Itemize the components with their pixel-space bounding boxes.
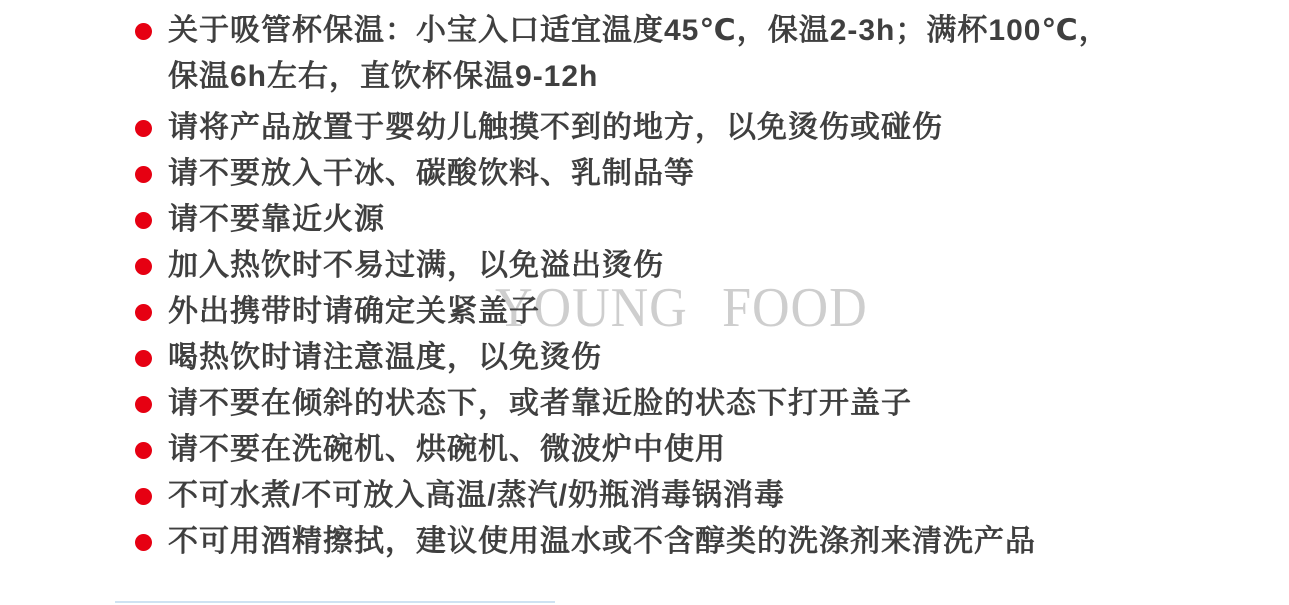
bullet-icon [135, 23, 152, 40]
bullet-icon [135, 304, 152, 321]
note-text: 请不要在倾斜的状态下，或者靠近脸的状态下打开盖子 [168, 387, 912, 420]
bullet-icon [135, 350, 152, 367]
note-item: 请不要放入干冰、碳酸饮料、乳制品等 [135, 151, 1245, 197]
note-text: 请将产品放置于婴幼儿触摸不到的地方，以免烫伤或碰伤 [168, 111, 943, 144]
note-text: 请不要放入干冰、碳酸饮料、乳制品等 [168, 157, 695, 190]
note-item: 请将产品放置于婴幼儿触摸不到的地方，以免烫伤或碰伤 [135, 105, 1245, 151]
note-text: 外出携带时请确定关紧盖子 [168, 295, 540, 328]
note-text: 请不要靠近火源 [168, 203, 385, 236]
note-text: 请不要在洗碗机、烘碗机、微波炉中使用 [168, 433, 726, 466]
note-item: 外出携带时请确定关紧盖子 [135, 289, 1245, 335]
bullet-icon [135, 442, 152, 459]
bullet-icon [135, 258, 152, 275]
note-text: 加入热饮时不易过满，以免溢出烫伤 [168, 249, 664, 282]
notes-list: 关于吸管杯保温：小宝入口适宜温度45℃，保温2-3h；满杯100℃， 保温6h左… [135, 8, 1245, 565]
bullet-icon [135, 120, 152, 137]
note-item: 加入热饮时不易过满，以免溢出烫伤 [135, 243, 1245, 289]
note-text: 关于吸管杯保温：小宝入口适宜温度45℃，保温2-3h；满杯100℃， 保温6h左… [168, 14, 1110, 93]
bullet-icon [135, 488, 152, 505]
note-item: 喝热饮时请注意温度，以免烫伤 [135, 335, 1245, 381]
bullet-icon [135, 212, 152, 229]
note-item: 不可用酒精擦拭，建议使用温水或不含醇类的洗涤剂来清洗产品 [135, 519, 1245, 565]
bottom-divider [115, 601, 555, 603]
bullet-icon [135, 396, 152, 413]
bullet-icon [135, 166, 152, 183]
note-text: 不可用酒精擦拭，建议使用温水或不含醇类的洗涤剂来清洗产品 [168, 525, 1036, 558]
note-text: 不可水煮/不可放入高温/蒸汽/奶瓶消毒锅消毒 [168, 479, 785, 512]
note-item: 请不要靠近火源 [135, 197, 1245, 243]
note-item: 关于吸管杯保温：小宝入口适宜温度45℃，保温2-3h；满杯100℃， 保温6h左… [135, 8, 1245, 100]
note-item: 请不要在洗碗机、烘碗机、微波炉中使用 [135, 427, 1245, 473]
note-text: 喝热饮时请注意温度，以免烫伤 [168, 341, 602, 374]
bullet-icon [135, 534, 152, 551]
note-item: 不可水煮/不可放入高温/蒸汽/奶瓶消毒锅消毒 [135, 473, 1245, 519]
note-item: 请不要在倾斜的状态下，或者靠近脸的状态下打开盖子 [135, 381, 1245, 427]
